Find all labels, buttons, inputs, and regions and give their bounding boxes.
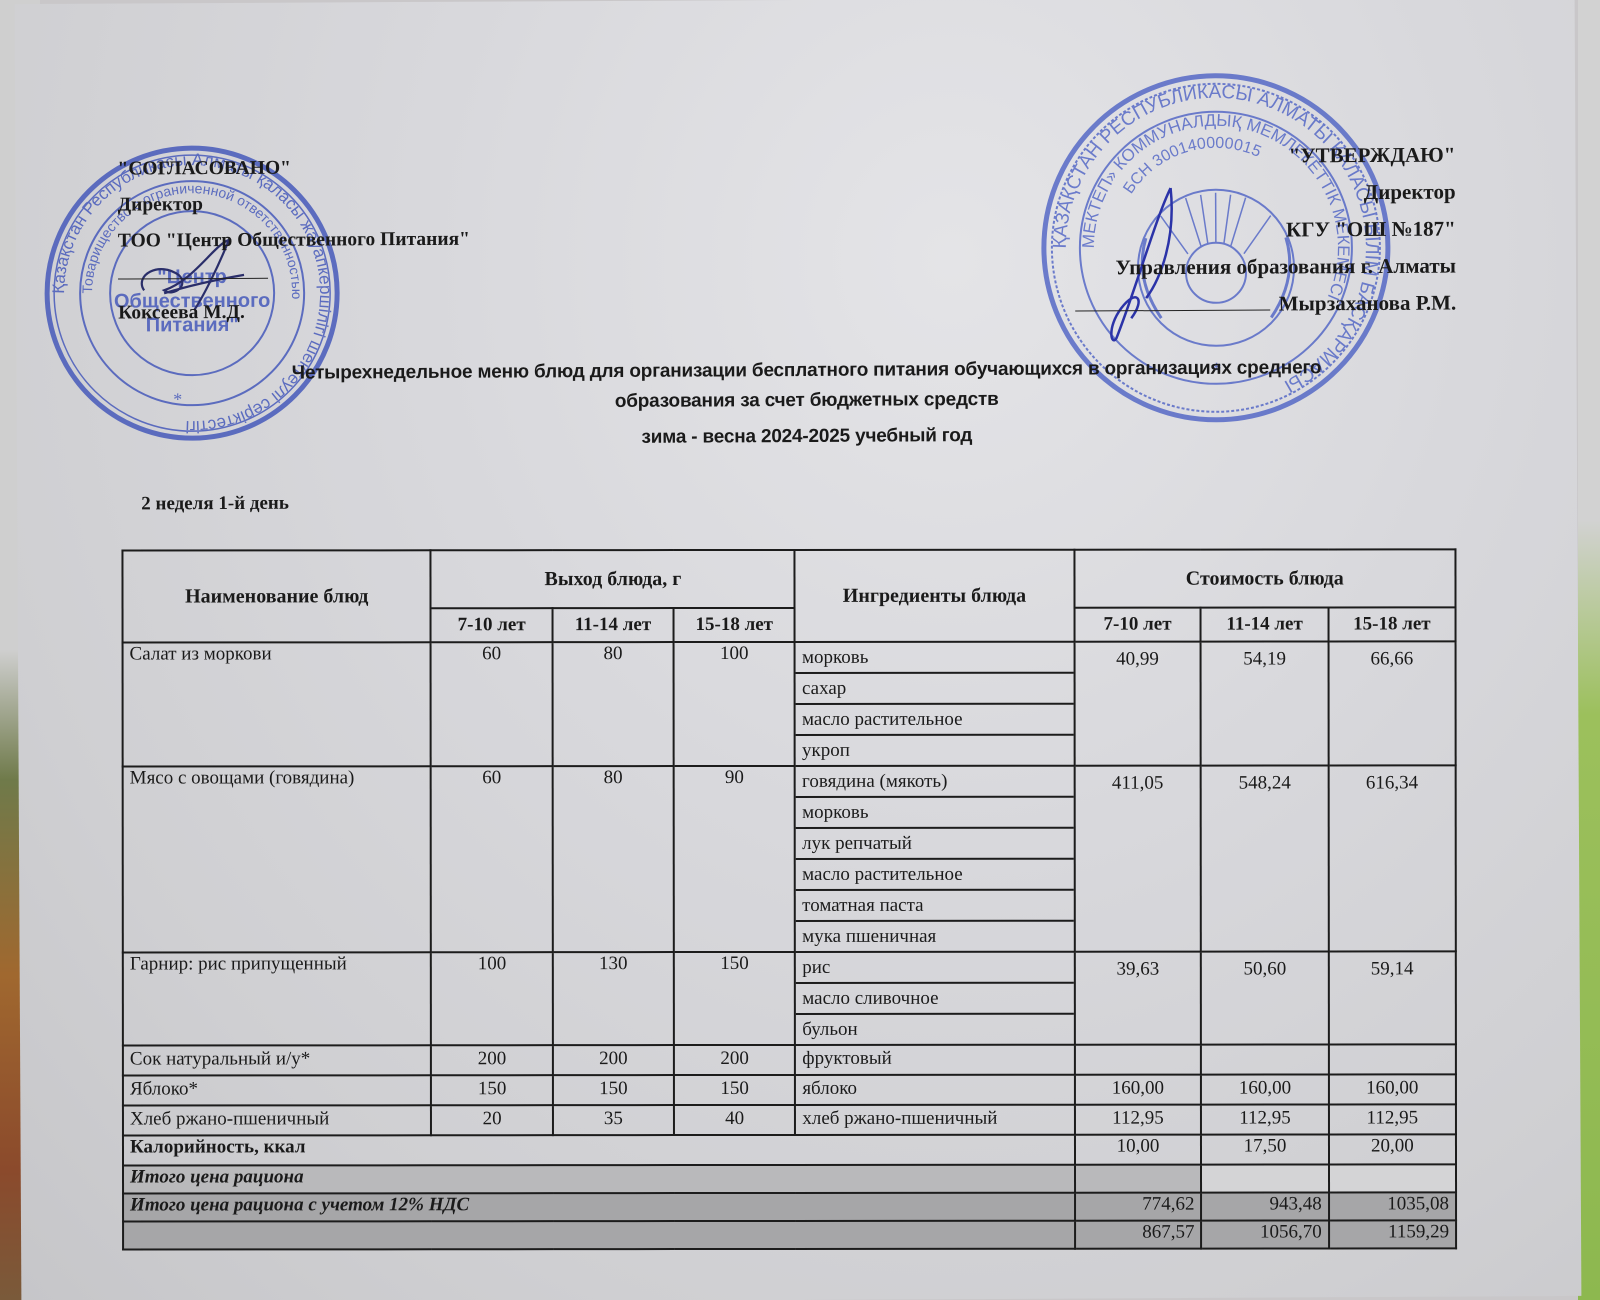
extra-total-value: 1159,29 bbox=[1329, 1220, 1456, 1248]
background-right-edge bbox=[1578, 0, 1600, 1300]
dish-output: 40 bbox=[674, 1105, 795, 1135]
week-day-label: 2 неделя 1-й день bbox=[141, 493, 289, 516]
extra-total-value: 867,57 bbox=[1075, 1221, 1202, 1249]
total-value bbox=[1329, 1164, 1456, 1192]
approver-name-left: Коксеева М.Д. bbox=[118, 294, 470, 332]
ingredient-item: сахар bbox=[796, 674, 1073, 705]
dish-cost bbox=[1201, 1044, 1328, 1074]
dish-name: Сок натуральный и/у* bbox=[123, 1045, 432, 1075]
ingredient-item: масло сливочное bbox=[796, 984, 1073, 1015]
dish-output: 200 bbox=[553, 1045, 674, 1075]
header-cost-age-1: 7-10 лет bbox=[1074, 608, 1201, 642]
total-label: Итого цена рациона bbox=[123, 1165, 1075, 1194]
table-row: Салат из моркови6080100морковьсахармасло… bbox=[123, 641, 1456, 766]
ingredient-item: масло растительное bbox=[796, 705, 1073, 736]
dish-ingredients: говядина (мякоть)морковьлук репчатыймасл… bbox=[795, 766, 1074, 952]
menu-table: Наименование блюд Выход блюда, г Ингреди… bbox=[121, 548, 1457, 1250]
dish-cost: 411,05 bbox=[1074, 766, 1201, 952]
dish-cost: 59,14 bbox=[1329, 951, 1456, 1044]
extra-total-value: 1056,70 bbox=[1202, 1220, 1329, 1248]
extra-total-label bbox=[123, 1221, 1075, 1250]
total-vat-value: 943,48 bbox=[1201, 1192, 1328, 1220]
ingredient-item: масло растительное bbox=[796, 860, 1073, 891]
total-vat-value: 774,62 bbox=[1075, 1193, 1202, 1221]
table-row: Мясо с овощами (говядина)608090говядина … bbox=[123, 765, 1456, 952]
title-line-3: зима - весна 2024-2025 учебный год bbox=[177, 419, 1437, 456]
dish-cost: 66,66 bbox=[1328, 641, 1455, 765]
dish-cost: 54,19 bbox=[1201, 641, 1328, 765]
approval-label-left: "СОГЛАСОВАНО" bbox=[117, 150, 469, 188]
header-output-age-3: 15-18 лет bbox=[674, 608, 795, 642]
dish-name: Салат из моркови bbox=[123, 642, 432, 766]
dish-output: 150 bbox=[674, 1075, 795, 1105]
dish-cost: 112,95 bbox=[1074, 1105, 1201, 1135]
approver-position-left: Директор bbox=[118, 186, 470, 224]
ingredient-item: морковь bbox=[796, 798, 1073, 829]
total-value bbox=[1075, 1165, 1202, 1193]
calorie-value: 17,50 bbox=[1201, 1134, 1328, 1164]
dish-output: 90 bbox=[674, 766, 795, 952]
total-vat-label: Итого цена рациона с учетом 12% НДС bbox=[123, 1193, 1075, 1222]
dish-output: 20 bbox=[431, 1105, 552, 1135]
ingredient-item: хлеб ржано-пшеничный bbox=[795, 1105, 1074, 1135]
table-row: Хлеб ржано-пшеничный203540хлеб ржано-пше… bbox=[123, 1104, 1456, 1135]
approver-organization-right: КГУ "ОШ №187" bbox=[1075, 211, 1456, 250]
dish-name: Яблоко* bbox=[123, 1075, 432, 1105]
ingredient-item: мука пшеничная bbox=[796, 922, 1073, 951]
dish-cost bbox=[1074, 1045, 1201, 1075]
calorie-value: 20,00 bbox=[1329, 1134, 1456, 1164]
dish-name: Гарнир: рис припущенный bbox=[123, 952, 432, 1045]
dish-cost: 160,00 bbox=[1329, 1074, 1456, 1104]
dish-cost bbox=[1329, 1044, 1456, 1074]
table-row: Сок натуральный и/у*200200200фруктовый bbox=[123, 1044, 1456, 1075]
ingredient-item: рис bbox=[796, 953, 1073, 984]
ingredient-item: яблоко bbox=[795, 1075, 1074, 1105]
header-output-age-1: 7-10 лет bbox=[431, 608, 552, 642]
ingredient-item: фруктовый bbox=[795, 1045, 1074, 1075]
ingredient-item: лук репчатый bbox=[796, 829, 1073, 860]
dish-cost: 39,63 bbox=[1074, 952, 1201, 1045]
table-row: Яблоко*150150150яблоко160,00160,00160,00 bbox=[123, 1074, 1456, 1105]
dish-ingredients: морковьсахармасло растительноеукроп bbox=[795, 642, 1074, 766]
dish-cost: 160,00 bbox=[1074, 1075, 1201, 1105]
approver-department-right: Управления образования г. Алматы bbox=[1075, 248, 1456, 287]
dish-output: 100 bbox=[674, 642, 795, 766]
dish-output: 200 bbox=[431, 1045, 552, 1075]
total-vat-row: Итого цена рациона с учетом 12% НДС774,6… bbox=[123, 1192, 1456, 1221]
total-vat-value: 1035,08 bbox=[1329, 1192, 1456, 1220]
calorie-row: Калорийность, ккал10,0017,5020,00 bbox=[123, 1134, 1456, 1165]
dish-cost: 548,24 bbox=[1201, 765, 1328, 951]
total-value bbox=[1201, 1164, 1328, 1192]
dish-output: 100 bbox=[431, 952, 552, 1045]
header-output-age-2: 11-14 лет bbox=[552, 608, 673, 642]
dish-output: 200 bbox=[674, 1045, 795, 1075]
ingredient-item: бульон bbox=[796, 1015, 1073, 1044]
approver-position-right: Директор bbox=[1075, 174, 1456, 213]
dish-cost: 112,95 bbox=[1201, 1104, 1328, 1134]
dish-output: 60 bbox=[431, 766, 552, 952]
table-row: Гарнир: рис припущенный100130150рисмасло… bbox=[123, 951, 1456, 1045]
header-dish-name: Наименование блюд bbox=[122, 550, 431, 642]
extra-total-row: 867,571056,701159,29 bbox=[123, 1220, 1456, 1249]
approval-label-right: "УТВЕРЖДАЮ" bbox=[1075, 137, 1456, 176]
dish-output: 80 bbox=[552, 766, 673, 952]
dish-cost: 616,34 bbox=[1328, 765, 1455, 951]
approval-block-right: "УТВЕРЖДАЮ" Директор КГУ "ОШ №187" Управ… bbox=[1075, 137, 1456, 324]
dish-output: 35 bbox=[553, 1105, 674, 1135]
signature-line-left bbox=[118, 276, 268, 280]
dish-cost: 160,00 bbox=[1201, 1074, 1328, 1104]
dish-cost: 112,95 bbox=[1329, 1104, 1456, 1134]
dish-output: 150 bbox=[674, 952, 795, 1045]
dish-output: 80 bbox=[552, 642, 673, 766]
ingredient-item: говядина (мякоть) bbox=[796, 767, 1073, 798]
dish-output: 150 bbox=[553, 1075, 674, 1105]
dish-name: Хлеб ржано-пшеничный bbox=[123, 1105, 432, 1135]
ingredient-item: томатная паста bbox=[796, 891, 1073, 922]
header-cost-age-3: 15-18 лет bbox=[1328, 607, 1455, 641]
header-cost: Стоимость блюда bbox=[1074, 549, 1456, 607]
ingredient-item: укроп bbox=[796, 736, 1073, 765]
approval-block-left: "СОГЛАСОВАНО" Директор ТОО "Центр Общест… bbox=[117, 150, 470, 332]
header-ingredients: Ингредиенты блюда bbox=[795, 550, 1074, 642]
header-cost-age-2: 11-14 лет bbox=[1201, 607, 1328, 641]
dish-name: Мясо с овощами (говядина) bbox=[123, 766, 432, 952]
ingredient-item: морковь bbox=[796, 643, 1073, 674]
dish-cost: 40,99 bbox=[1074, 642, 1201, 766]
document-title: Четырехнедельное меню блюд для организац… bbox=[176, 353, 1436, 456]
approver-name-right: Мырзаханова Р.М. bbox=[1279, 291, 1457, 316]
dish-output: 150 bbox=[431, 1075, 552, 1105]
calorie-value: 10,00 bbox=[1075, 1135, 1202, 1165]
menu-document: Қазақстан Республикасы Алматы қаласы жау… bbox=[15, 0, 1582, 1300]
approver-organization-left: ТОО "Центр Общественного Питания" bbox=[118, 222, 470, 260]
signature-line-right bbox=[1076, 308, 1271, 312]
total-row: Итого цена рациона bbox=[123, 1164, 1456, 1193]
header-output: Выход блюда, г bbox=[431, 550, 795, 608]
dish-output: 60 bbox=[431, 642, 552, 766]
dish-cost: 50,60 bbox=[1201, 951, 1328, 1044]
calorie-label: Калорийность, ккал bbox=[123, 1135, 1075, 1166]
dish-ingredients: рисмасло сливочноебульон bbox=[795, 952, 1074, 1045]
dish-output: 130 bbox=[553, 952, 674, 1045]
